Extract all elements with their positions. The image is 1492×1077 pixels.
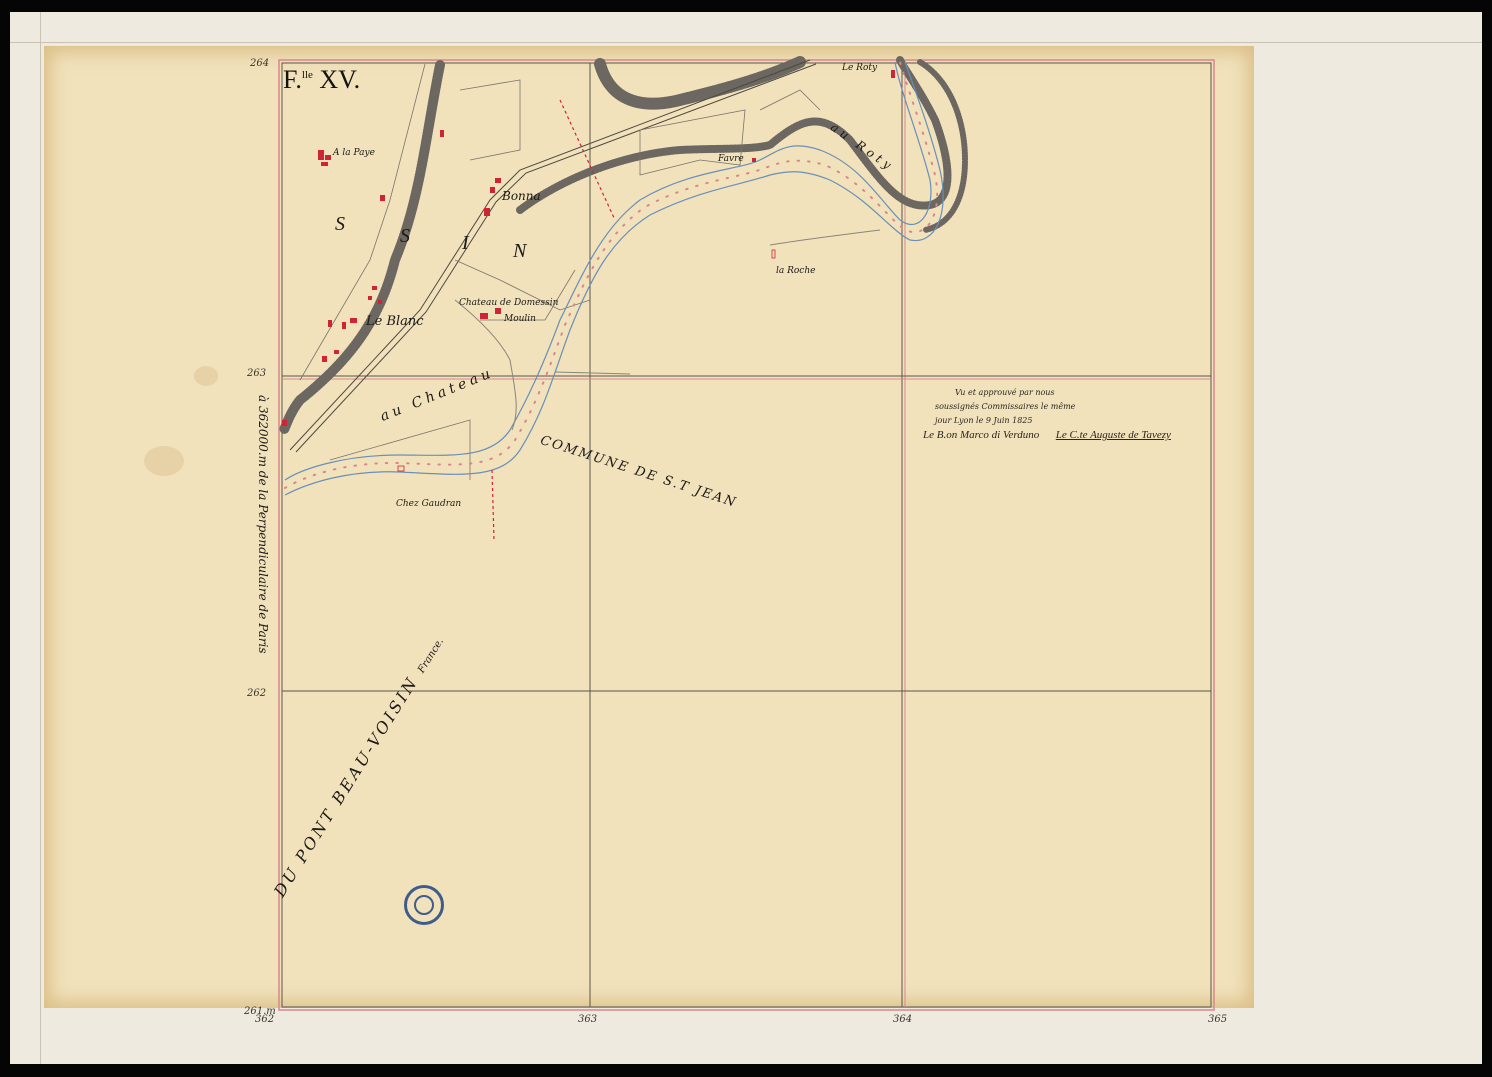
sheet-title-prefix: F.: [283, 65, 302, 94]
approval-line-2: soussignés Commissaires le même: [935, 400, 1171, 414]
roads: [290, 60, 816, 452]
label-le-roty: Le Roty: [842, 63, 877, 73]
label-le-blanc: Le Blanc: [366, 314, 424, 329]
coord-bottom-363: 363: [578, 1014, 597, 1025]
parcel-boundaries: [300, 64, 820, 480]
label-la-roche: la Roche: [776, 266, 815, 276]
approval-block: Vu et approuvé par nous soussignés Commi…: [935, 386, 1171, 443]
label-commune-letter: S: [400, 225, 420, 248]
label-meridian-note: à 362000.m de la Perpendiculaire de Pari…: [256, 395, 270, 654]
coord-left-263: 263: [247, 368, 266, 379]
approval-line-3: jour Lyon le 9 Juin 1825: [935, 414, 1171, 428]
label-commune-letter: S: [335, 213, 355, 236]
grid-lines: [282, 63, 1211, 1007]
signature-right: Le C.te Auguste de Tavezy: [1056, 429, 1171, 441]
sheet-title-sup: lle: [302, 69, 313, 81]
label-moulin: Moulin: [504, 314, 536, 324]
hachure-ravines: [284, 60, 965, 430]
label-chez-gaudran: Chez Gaudran: [396, 499, 461, 509]
signature-left: Le B.on Marco di Verduno: [923, 429, 1039, 441]
neatline: [279, 60, 1214, 1010]
coord-left-264: 264: [250, 58, 269, 69]
stamp-emblem-icon: [414, 895, 434, 915]
label-commune-letter: I: [462, 232, 479, 255]
map-drawing: [0, 0, 1492, 1077]
library-stamp: [404, 885, 444, 925]
label-bonna: Bonna: [502, 189, 541, 203]
sheet-title: F.lle XV.: [283, 65, 360, 95]
label-chateau-de-domessin: Chateau de Domessin: [459, 298, 558, 308]
coord-bottom-365: 365: [1208, 1014, 1227, 1025]
approval-line-1: Vu et approuvé par nous: [935, 386, 1171, 400]
building-outlines: [398, 250, 775, 471]
coord-bottom-364: 364: [893, 1014, 912, 1025]
coord-left-262: 262: [247, 688, 266, 699]
label-a-la-paye: A la Paye: [333, 148, 375, 158]
coord-bottom-362: 362: [255, 1014, 274, 1025]
sheet-title-number: XV.: [319, 65, 360, 94]
label-commune-letter: N: [513, 240, 536, 263]
label-favre: Favre: [718, 154, 744, 164]
